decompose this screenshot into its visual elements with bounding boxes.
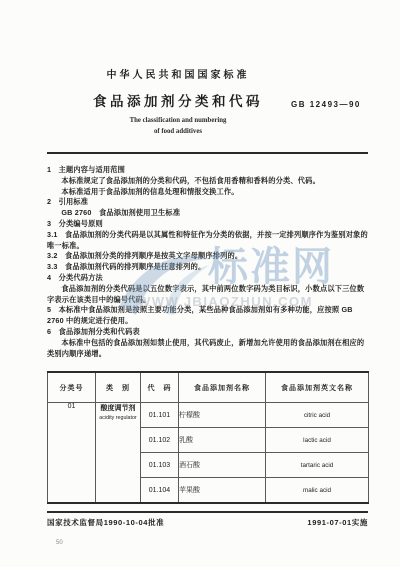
footer-divider — [47, 511, 368, 513]
standard-country-line: 中华人民共和国国家标准 — [0, 66, 356, 81]
implementation-date: 1991-07-01实施 — [307, 517, 368, 528]
clause-1-para-2: 本标准适用于食品添加剂的信息处理和情报交换工作。 — [47, 187, 369, 198]
clause-6-para: 本标准中包括的食品添加剂如禁止使用，其代码废止，新增加允许使用的食品添加剂在相应… — [47, 338, 369, 360]
table-header-row: 分类号 类 别 代 码 食品添加剂名称 食品添加剂英文名称 — [48, 372, 369, 403]
additive-name-cn: 酒石酸 — [179, 453, 266, 478]
footer: 国家技术监督局1990-10-04批准 1991-07-01实施 — [47, 517, 368, 528]
clause-1-para-1: 本标准规定了食品添加剂的分类和代码，不包括食用香精和香料的分类、代码。 — [47, 176, 369, 187]
col-header-class-no: 分类号 — [48, 372, 96, 403]
table-row: 01 酸度调节剂 acidity regulator 01.101 柠檬酸 ci… — [48, 403, 369, 428]
clause-3-3: 3.3 食品添加剂代码的排列顺序是任意排列的。 — [47, 262, 369, 273]
clause-2-heading: 2 引用标准 — [47, 197, 369, 208]
page-number: 50 — [56, 540, 63, 546]
col-header-category: 类 别 — [96, 372, 141, 403]
additive-name-cn: 乳酸 — [179, 428, 266, 453]
col-header-code: 代 码 — [141, 372, 179, 403]
standard-number: GB 12493—90 — [291, 100, 361, 109]
additive-name-en: citric acid — [266, 403, 369, 428]
category-cell: 酸度调节剂 acidity regulator — [96, 403, 141, 504]
additive-name-cn: 苹果酸 — [179, 478, 266, 504]
additive-name-cn: 柠檬酸 — [179, 403, 266, 428]
clause-3-heading: 3 分类编号原则 — [47, 219, 369, 230]
category-number: 01 — [48, 403, 96, 504]
title-english-line2: of food additives — [0, 128, 356, 135]
header-divider — [47, 152, 368, 154]
document-body: 1 主题内容与适用范围 本标准规定了食品添加剂的分类和代码，不包括食用香精和香料… — [47, 165, 369, 359]
additive-name-en: lactic acid — [266, 428, 369, 453]
clause-1-heading: 1 主题内容与适用范围 — [47, 165, 369, 176]
clause-3-2: 3.2 食品添加剂分类的排列顺序是按英文字母顺序排列的。 — [47, 251, 369, 262]
additive-name-en: malic acid — [266, 478, 369, 504]
col-header-name-en: 食品添加剂英文名称 — [266, 372, 369, 403]
clause-3-1: 3.1 食品添加剂的分类代码是以其属性和特征作为分类的依据，并按一定排列顺序作为… — [47, 230, 369, 252]
additive-code: 01.103 — [141, 453, 179, 478]
clause-5: 5 本标准中食品添加剂是按照主要功能分类，某些品种食品添加剂如有多种功能，应按照… — [47, 305, 369, 327]
approval-note: 国家技术监督局1990-10-04批准 — [47, 517, 164, 528]
additive-code: 01.104 — [141, 478, 179, 504]
category-name-cn: 酸度调节剂 — [101, 405, 136, 412]
additive-code-table: 分类号 类 别 代 码 食品添加剂名称 食品添加剂英文名称 01 酸度调节剂 a… — [47, 371, 369, 504]
col-header-name-cn: 食品添加剂名称 — [179, 372, 266, 403]
additive-code: 01.102 — [141, 428, 179, 453]
additive-code: 01.101 — [141, 403, 179, 428]
clause-6-heading: 6 食品添加剂分类和代码表 — [47, 327, 369, 338]
title-english-line1: The classification and numbering — [0, 117, 356, 124]
category-name-en: acidity regulator — [96, 415, 140, 421]
clause-4-para: 食品添加剂的分类代码是以五位数字表示，其中前两位数字码为类目标识，小数点以下三位… — [47, 284, 369, 306]
additive-name-en: tartaric acid — [266, 453, 369, 478]
clause-2-reference: GB 2760 食品添加剂使用卫生标准 — [47, 208, 369, 219]
clause-4-heading: 4 分类代码方法 — [47, 273, 369, 284]
document-page: 中华人民共和国国家标准 食品添加剂分类和代码 GB 12493—90 The c… — [0, 0, 400, 567]
